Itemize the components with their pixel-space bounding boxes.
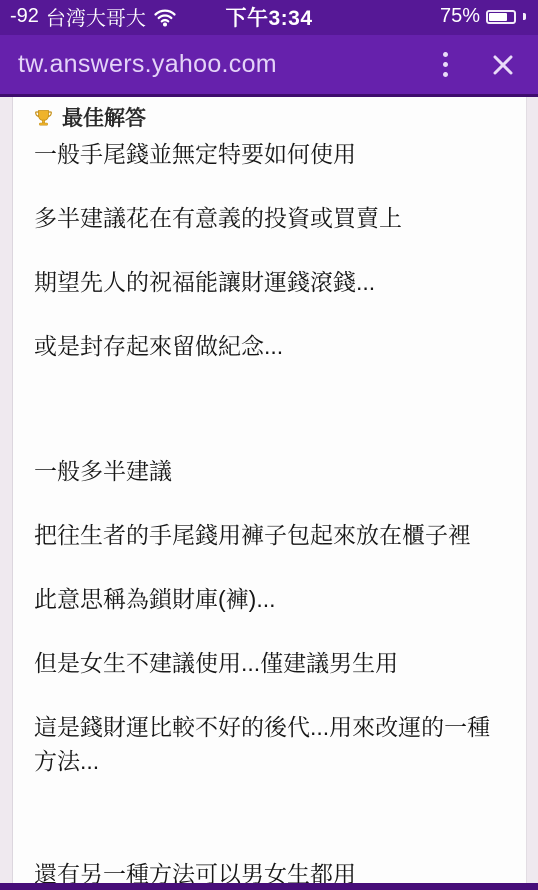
carrier-name: 台湾大哥大 [46, 2, 146, 31]
signal-strength: -92 [10, 5, 39, 28]
battery-status: 75% [440, 5, 526, 28]
status-bar: -92 台湾大哥大 下午3:34 75% [0, 0, 538, 35]
close-icon[interactable] [490, 52, 516, 78]
answer-paragraph: 多半建議花在有意義的投資或買賣上 [34, 201, 496, 235]
battery-icon [486, 10, 516, 24]
overflow-menu-icon[interactable] [435, 48, 456, 81]
trophy-icon [34, 108, 53, 127]
header-actions [435, 48, 538, 81]
best-answer-label: 最佳解答 [62, 102, 146, 132]
answer-paragraph: 一般多半建議 [34, 454, 496, 488]
address-bar[interactable]: tw.answers.yahoo.com [0, 50, 435, 79]
answer-paragraph: 但是女生不建議使用...僅建議男生用 [34, 646, 496, 680]
bottom-bar [0, 883, 538, 890]
mobile-screen: -92 台湾大哥大 下午3:34 75% tw.answers.yahoo.co… [0, 0, 538, 890]
wifi-icon [153, 9, 177, 27]
answer-paragraph: 或是封存起來留做紀念... [34, 329, 496, 363]
battery-nub [523, 13, 526, 20]
answer-paragraph: 這是錢財運比較不好的後代...用來改運的一種方法... [34, 710, 496, 778]
answer-paragraph: 期望先人的祝福能讓財運錢滾錢... [34, 265, 496, 299]
answer-paragraph: 一般手尾錢並無定特要如何使用 [34, 137, 496, 171]
answer-card: 最佳解答 一般手尾錢並無定特要如何使用 多半建議花在有意義的投資或買賣上 期望先… [12, 97, 527, 890]
best-answer-header: 最佳解答 [34, 103, 496, 131]
carrier-info: -92 台湾大哥大 [10, 2, 177, 31]
battery-percent-label: 75% [440, 5, 480, 28]
clock: 下午3:34 [225, 2, 312, 32]
page-content: 最佳解答 一般手尾錢並無定特要如何使用 多半建議花在有意義的投資或買賣上 期望先… [0, 97, 538, 890]
battery-fill [489, 13, 507, 21]
answer-paragraph: 把往生者的手尾錢用褲子包起來放在櫃子裡 [34, 518, 496, 552]
browser-header: tw.answers.yahoo.com [0, 35, 538, 97]
answer-paragraph: 此意思稱為鎖財庫(褲)... [34, 582, 496, 616]
